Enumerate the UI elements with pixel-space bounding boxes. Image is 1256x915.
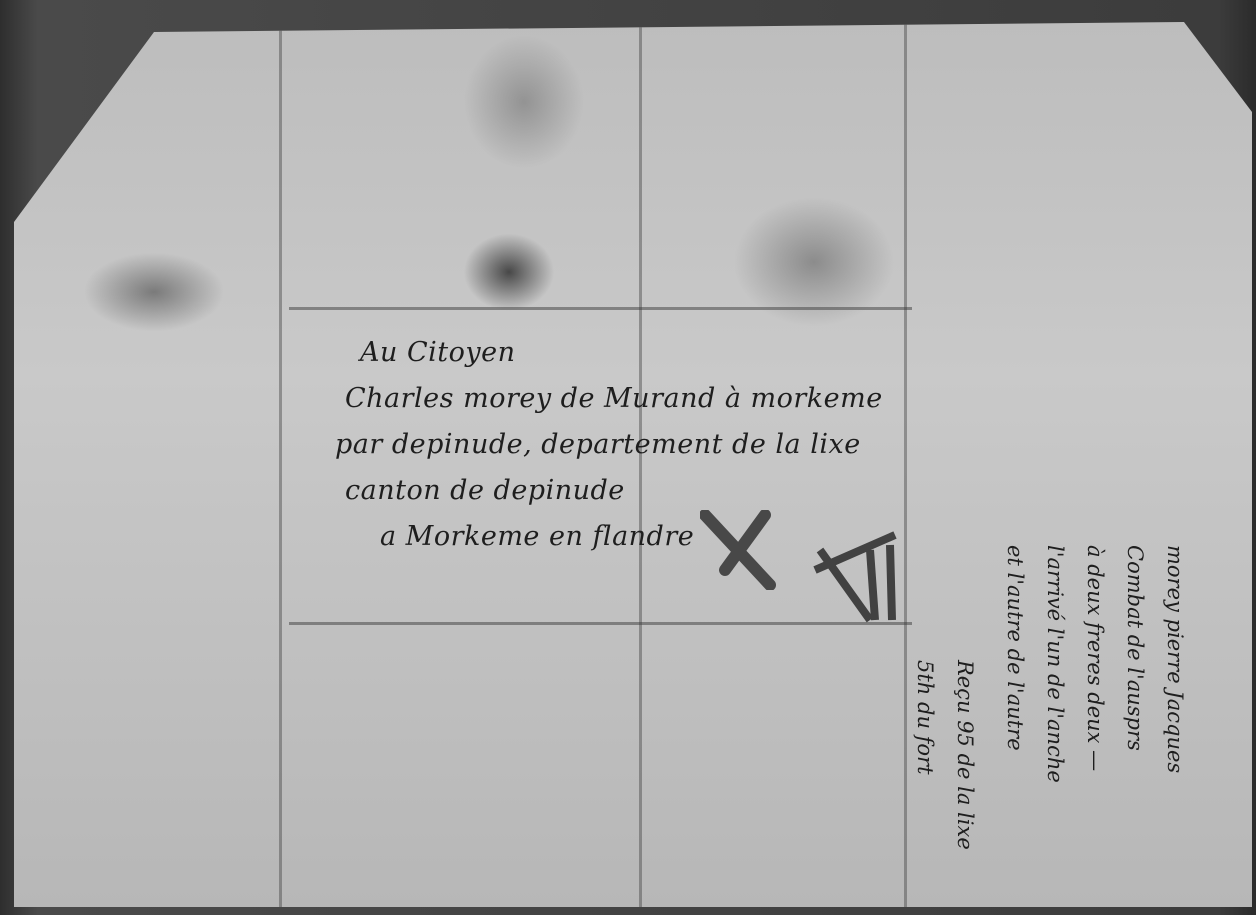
address-line: Au Citoyen	[360, 330, 910, 376]
address-line: Charles morey de Murand à morkeme	[345, 376, 910, 422]
docket-line: 5th du fort	[905, 660, 945, 850]
docket-line: Reçu 95 de la lixe	[945, 660, 985, 850]
address-line: par depinude, departement de la lixe	[335, 422, 910, 468]
address-block: Au Citoyen Charles morey de Murand à mor…	[300, 330, 910, 560]
seal-remnant	[810, 530, 900, 625]
side-note-line: morey pierre Jacques	[1155, 545, 1195, 783]
postal-cross-mark	[700, 510, 790, 590]
side-note: morey pierre Jacques Combat de l'ausprs …	[995, 545, 1195, 783]
side-note-line: à deux freres deux —	[1075, 545, 1115, 783]
side-note-line: l'arrivé l'un de l'anche	[1035, 545, 1075, 783]
docket-note: Reçu 95 de la lixe 5th du fort	[905, 660, 985, 850]
address-line: canton de depinude	[345, 468, 910, 514]
side-note-line: et l'autre de l'autre	[995, 545, 1035, 783]
side-note-line: Combat de l'ausprs	[1115, 545, 1155, 783]
fold-line	[289, 307, 912, 310]
fold-line	[279, 22, 282, 907]
